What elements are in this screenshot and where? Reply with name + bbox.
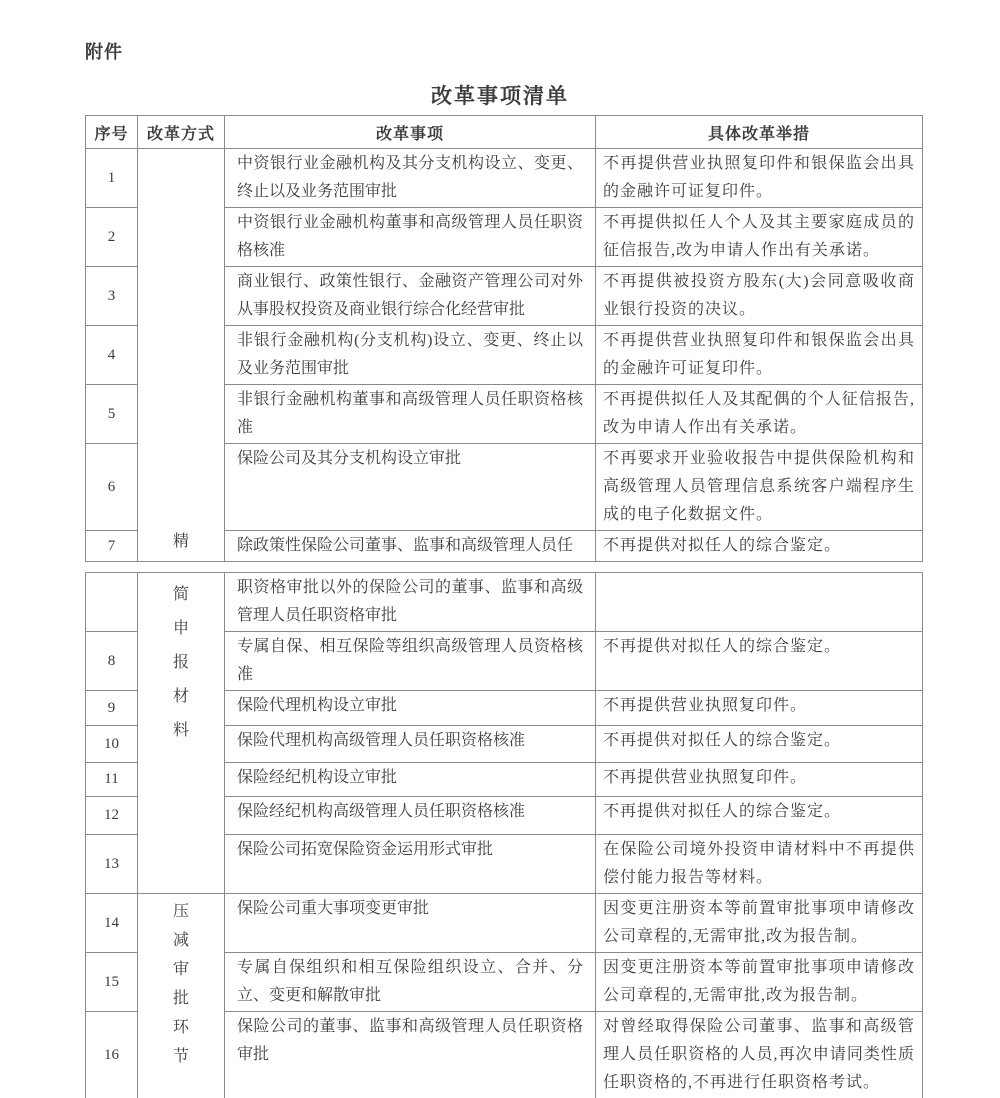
measure-cell: [596, 573, 923, 632]
measure-cell: 对曾经取得保险公司董事、监事和高级管理人员任职资格的人员,再次申请同类性质任职资…: [596, 1012, 923, 1098]
serial-cell: 4: [86, 326, 138, 385]
method-label: 精: [172, 532, 190, 552]
item-cell: 职资格审批以外的保险公司的董事、监事和高级管理人员任职资格审批: [225, 573, 596, 632]
attachment-label: 附件: [85, 38, 123, 64]
measure-cell: 不再提供拟任人个人及其主要家庭成员的征信报告,改为申请人作出有关承诺。: [596, 208, 923, 267]
measure-cell: 不再提供对拟任人的综合鉴定。: [596, 726, 923, 763]
item-cell: 商业银行、政策性银行、金融资产管理公司对外从事股权投资及商业银行综合化经营审批: [225, 267, 596, 326]
method-label: 压减审批环节: [172, 897, 190, 1071]
serial-cell: 3: [86, 267, 138, 326]
serial-cell: 2: [86, 208, 138, 267]
item-cell: 保险公司重大事项变更审批: [225, 894, 596, 953]
serial-cell: 11: [86, 763, 138, 797]
measure-cell: 不再提供对拟任人的综合鉴定。: [596, 632, 923, 691]
item-cell: 非银行金融机构董事和高级管理人员任职资格核准: [225, 385, 596, 444]
item-cell: 保险公司及其分支机构设立审批: [225, 444, 596, 531]
item-cell: 保险公司的董事、监事和高级管理人员任职资格审批: [225, 1012, 596, 1098]
measure-cell: 不再提供对拟任人的综合鉴定。: [596, 531, 923, 562]
method-cell-reduce-approval: 压减审批环节: [138, 894, 225, 1098]
item-cell: 保险经纪机构设立审批: [225, 763, 596, 797]
document-page: 附件 改革事项清单 序号 改革方式 改革事项 具体改革举措 1 精 中资银行业金…: [0, 0, 1000, 1098]
measure-cell: 不再要求开业验收报告中提供保险机构和高级管理人员管理信息系统客户端程序生成的电子…: [596, 444, 923, 531]
serial-cell: 13: [86, 835, 138, 894]
item-cell: 非银行金融机构(分支机构)设立、变更、终止以及业务范围审批: [225, 326, 596, 385]
serial-cell: 10: [86, 726, 138, 763]
item-cell: 保险经纪机构高级管理人员任职资格核准: [225, 797, 596, 835]
measure-cell: 不再提供营业执照复印件和银保监会出具的金融许可证复印件。: [596, 149, 923, 208]
header-measure: 具体改革举措: [596, 116, 923, 149]
header-item: 改革事项: [225, 116, 596, 149]
serial-cell: 8: [86, 632, 138, 691]
header-serial: 序号: [86, 116, 138, 149]
header-method: 改革方式: [138, 116, 225, 149]
measure-cell: 不再提供拟任人及其配偶的个人征信报告,改为申请人作出有关承诺。: [596, 385, 923, 444]
measure-cell: 因变更注册资本等前置审批事项申请修改公司章程的,无需审批,改为报告制。: [596, 894, 923, 953]
method-cell-streamline-top: 精: [138, 149, 225, 562]
serial-cell: 7: [86, 531, 138, 562]
serial-cell: 12: [86, 797, 138, 835]
item-cell: 除政策性保险公司董事、监事和高级管理人员任: [225, 531, 596, 562]
table-header-row: 序号 改革方式 改革事项 具体改革举措: [86, 116, 923, 149]
serial-cell: 16: [86, 1012, 138, 1098]
measure-cell: 因变更注册资本等前置审批事项申请修改公司章程的,无需审批,改为报告制。: [596, 953, 923, 1012]
serial-cell: [86, 573, 138, 632]
measure-cell: 不再提供营业执照复印件。: [596, 691, 923, 726]
method-cell-streamline-bottom: 简申报材料: [138, 573, 225, 894]
method-label: 简申报材料: [172, 578, 190, 748]
table-row: 14 压减审批环节 保险公司重大事项变更审批 因变更注册资本等前置审批事项申请修…: [86, 894, 923, 953]
reform-table-part2: 简申报材料 职资格审批以外的保险公司的董事、监事和高级管理人员任职资格审批 8 …: [85, 572, 923, 1098]
serial-cell: 9: [86, 691, 138, 726]
item-cell: 中资银行业金融机构及其分支机构设立、变更、终止以及业务范围审批: [225, 149, 596, 208]
serial-cell: 5: [86, 385, 138, 444]
serial-cell: 6: [86, 444, 138, 531]
item-cell: 保险代理机构高级管理人员任职资格核准: [225, 726, 596, 763]
table-row: 1 精 中资银行业金融机构及其分支机构设立、变更、终止以及业务范围审批 不再提供…: [86, 149, 923, 208]
table-row: 简申报材料 职资格审批以外的保险公司的董事、监事和高级管理人员任职资格审批: [86, 573, 923, 632]
reform-table-container: 序号 改革方式 改革事项 具体改革举措 1 精 中资银行业金融机构及其分支机构设…: [85, 115, 922, 1098]
measure-cell: 不再提供被投资方股东(大)会同意吸收商业银行投资的决议。: [596, 267, 923, 326]
item-cell: 专属自保、相互保险等组织高级管理人员资格核准: [225, 632, 596, 691]
measure-cell: 不再提供营业执照复印件。: [596, 763, 923, 797]
item-cell: 保险代理机构设立审批: [225, 691, 596, 726]
serial-cell: 1: [86, 149, 138, 208]
item-cell: 专属自保组织和相互保险组织设立、合并、分立、变更和解散审批: [225, 953, 596, 1012]
item-cell: 保险公司拓宽保险资金运用形式审批: [225, 835, 596, 894]
serial-cell: 14: [86, 894, 138, 953]
reform-table-part1: 序号 改革方式 改革事项 具体改革举措 1 精 中资银行业金融机构及其分支机构设…: [85, 115, 923, 562]
measure-cell: 不再提供对拟任人的综合鉴定。: [596, 797, 923, 835]
page-title: 改革事项清单: [0, 80, 1000, 110]
item-cell: 中资银行业金融机构董事和高级管理人员任职资格核准: [225, 208, 596, 267]
serial-cell: 15: [86, 953, 138, 1012]
measure-cell: 不再提供营业执照复印件和银保监会出具的金融许可证复印件。: [596, 326, 923, 385]
measure-cell: 在保险公司境外投资申请材料中不再提供偿付能力报告等材料。: [596, 835, 923, 894]
